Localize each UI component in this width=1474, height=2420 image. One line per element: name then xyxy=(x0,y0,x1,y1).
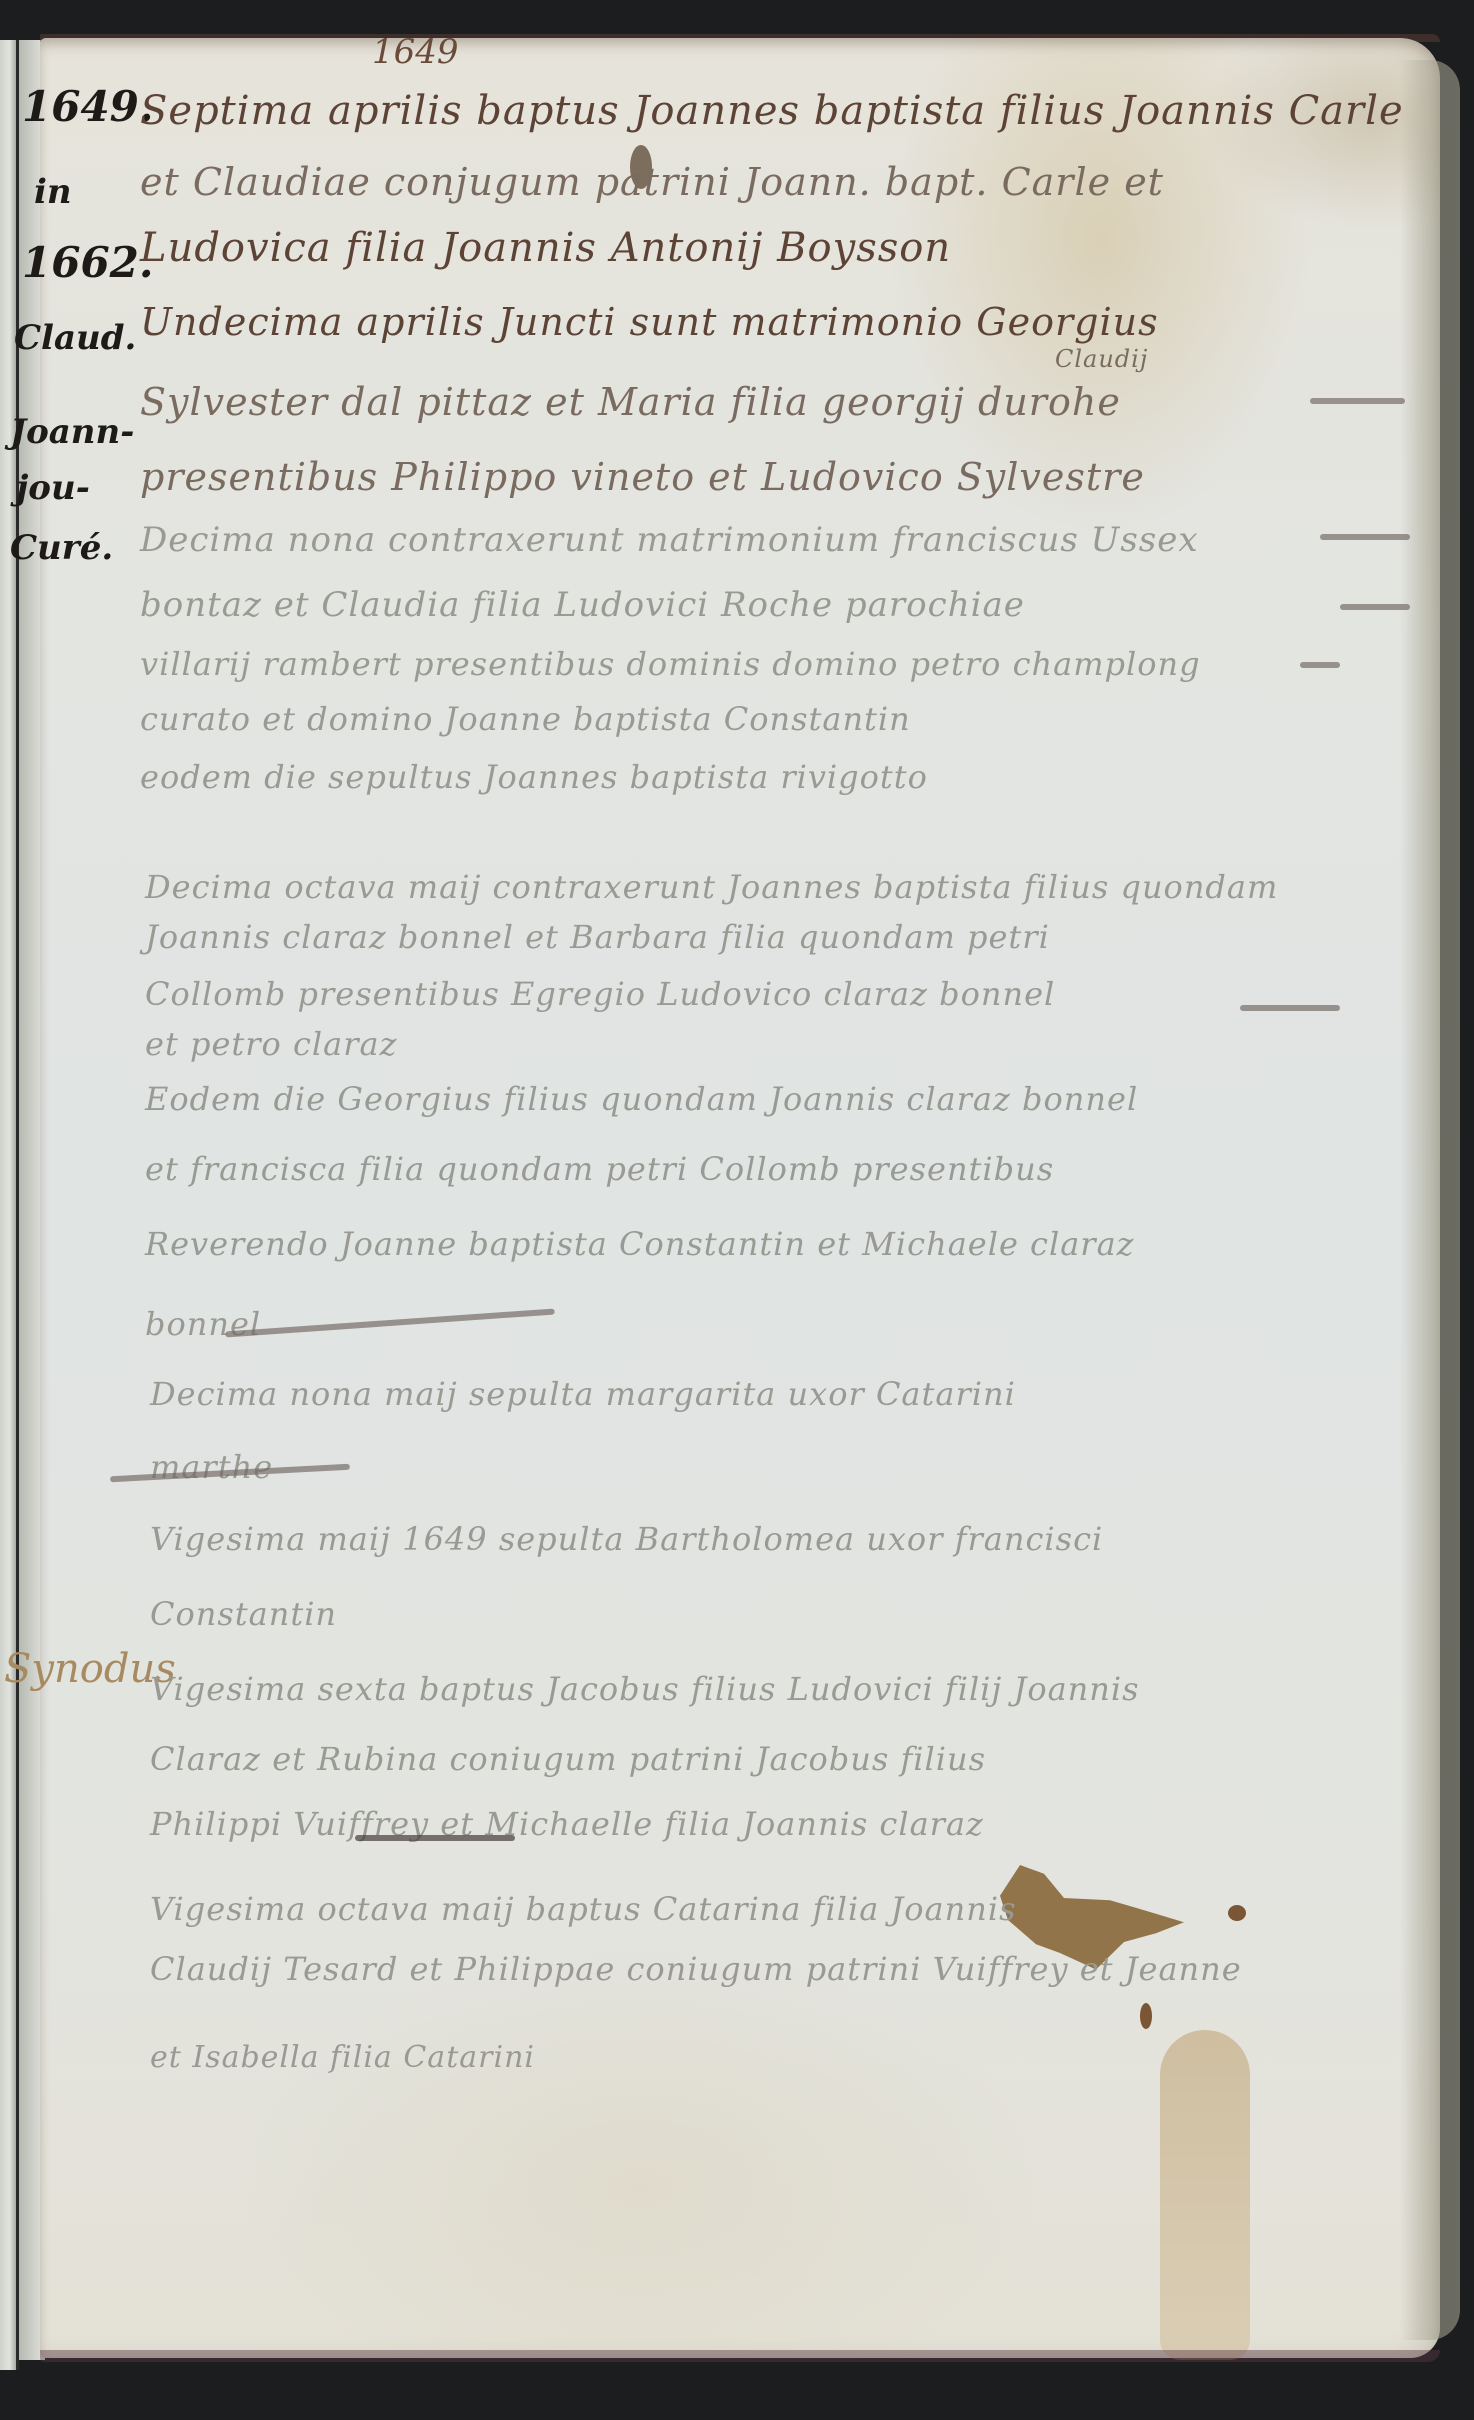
entry-line: Philippi Vuiffrey et Michaelle filia Joa… xyxy=(150,1805,984,1843)
line-filler-stroke xyxy=(1310,398,1405,404)
line-filler-stroke xyxy=(1340,604,1410,610)
strikethrough-stroke xyxy=(355,1835,515,1841)
entry-line: Sylvester dal pittaz et Maria filia geor… xyxy=(140,380,1121,424)
manuscript-scan: 1649 1649. in 1662. Claud. Joann- jou- C… xyxy=(0,0,1474,2420)
entry-line: Collomb presentibus Egregio Ludovico cla… xyxy=(145,975,1055,1013)
entry-line: Eodem die Georgius filius quondam Joanni… xyxy=(145,1080,1138,1118)
margin-note: jou- xyxy=(16,468,90,508)
entry-line: Vigesima sexta baptus Jacobus filius Lud… xyxy=(150,1670,1140,1708)
margin-note: in xyxy=(34,172,72,212)
entry-line: marthe xyxy=(150,1448,273,1486)
entry-line: curato et domino Joanne baptista Constan… xyxy=(140,700,911,738)
entry-line: Undecima aprilis Juncti sunt matrimonio … xyxy=(140,300,1159,344)
entry-line: Decima octava maij contraxerunt Joannes … xyxy=(145,868,1278,906)
line-filler-stroke xyxy=(1320,534,1410,540)
line-filler-stroke xyxy=(1300,662,1340,668)
line-filler-stroke xyxy=(1240,1005,1340,1011)
entry-line: bonnel xyxy=(145,1305,261,1343)
entry-line: bontaz et Claudia filia Ludovici Roche p… xyxy=(140,585,1025,625)
margin-note: Claud. xyxy=(14,318,136,358)
entry-line: Vigesima maij 1649 sepulta Bartholomea u… xyxy=(150,1520,1103,1558)
entry-line: Septima aprilis baptus Joannes baptista … xyxy=(140,88,1404,134)
ink-blot-drop xyxy=(1228,1905,1246,1921)
page-right-fold xyxy=(1400,60,1460,2340)
entry-line: et francisca filia quondam petri Collomb… xyxy=(145,1150,1054,1188)
previous-page-edge xyxy=(0,40,16,2370)
entry-line: Joannis claraz bonnel et Barbara filia q… xyxy=(145,918,1050,956)
entry-line: Decima nona contraxerunt matrimonium fra… xyxy=(140,520,1199,560)
entry-line: Claraz et Rubina coniugum patrini Jacobu… xyxy=(150,1740,986,1778)
margin-note: 1662. xyxy=(22,238,154,287)
entry-line: Constantin xyxy=(150,1595,337,1633)
entry-line: Ludovica filia Joannis Antonij Boysson xyxy=(140,225,951,271)
entry-line: Vigesima octava maij baptus Catarina fil… xyxy=(150,1890,1017,1928)
entry-line: presentibus Philippo vineto et Ludovico … xyxy=(140,455,1145,499)
entry-line: Reverendo Joanne baptista Constantin et … xyxy=(145,1225,1135,1263)
entry-line: et petro claraz xyxy=(145,1025,397,1063)
margin-note: 1649. xyxy=(22,82,154,131)
water-stain xyxy=(1160,2030,1250,2360)
margin-note: Curé. xyxy=(10,528,113,568)
margin-note: Joann- xyxy=(10,412,134,452)
header-year: 1649 xyxy=(372,32,459,72)
entry-line: eodem die sepultus Joannes baptista rivi… xyxy=(140,758,928,796)
entry-line: Decima nona maij sepulta margarita uxor … xyxy=(150,1375,1016,1413)
ink-blot-drop xyxy=(1140,2003,1152,2029)
entry-superscript: Claudij xyxy=(1055,345,1148,373)
entry-line: villarij rambert presentibus dominis dom… xyxy=(140,645,1201,683)
entry-line: Claudij Tesard et Philippae coniugum pat… xyxy=(150,1950,1242,1988)
page-bottom-edge xyxy=(40,2350,1440,2362)
entry-line: et Isabella filia Catarini xyxy=(150,2040,535,2075)
entry-line: et Claudiae conjugum patrini Joann. bapt… xyxy=(140,160,1164,204)
